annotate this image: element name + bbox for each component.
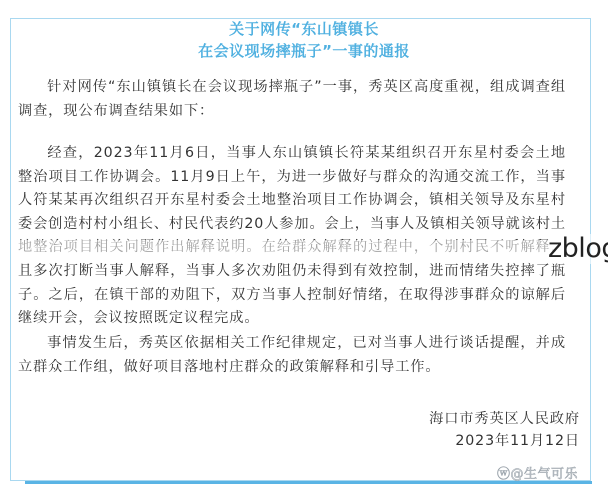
paragraph-intro-text: 针对网传“东山镇镇长在会议现场摔瓶子”一事，秀英区高度重视，组成调查组调查，现公… — [18, 79, 566, 119]
paragraph-actions: 事情发生后，秀英区依据相关工作纪律规定，已对当事人进行谈话提醒，并成立群众工作组… — [18, 332, 566, 379]
issuer-name: 海口市秀英区人民政府 — [429, 408, 580, 430]
issue-date: 2023年11月12日 — [429, 430, 580, 452]
paragraph-findings-text: 经查，2023年11月6日，当事人东山镇镇长符某某组织召开东星村委会土地整治项目… — [18, 145, 566, 326]
title-line-2: 在会议现场摔瓶子”一事的通报 — [0, 40, 608, 62]
paragraph-findings: 经查，2023年11月6日，当事人东山镇镇长符某某组织召开东星村委会土地整治项目… — [18, 142, 566, 331]
zblog-watermark: zblog — [548, 234, 608, 264]
paragraph-actions-text: 事情发生后，秀英区依据相关工作纪律规定，已对当事人进行谈话提醒，并成立群众工作组… — [18, 335, 566, 375]
source-watermark: ⓦ@生气可乐 — [497, 466, 578, 484]
title-line-1: 关于网传“东山镇镇长 — [0, 18, 608, 40]
signature-block: 海口市秀英区人民政府 2023年11月12日 — [429, 408, 580, 452]
paragraph-intro: 针对网传“东山镇镇长在会议现场摔瓶子”一事，秀英区高度重视，组成调查组调查，现公… — [18, 76, 566, 123]
document-title: 关于网传“东山镇镇长 在会议现场摔瓶子”一事的通报 — [0, 18, 608, 62]
faded-overlay-band — [11, 240, 589, 263]
